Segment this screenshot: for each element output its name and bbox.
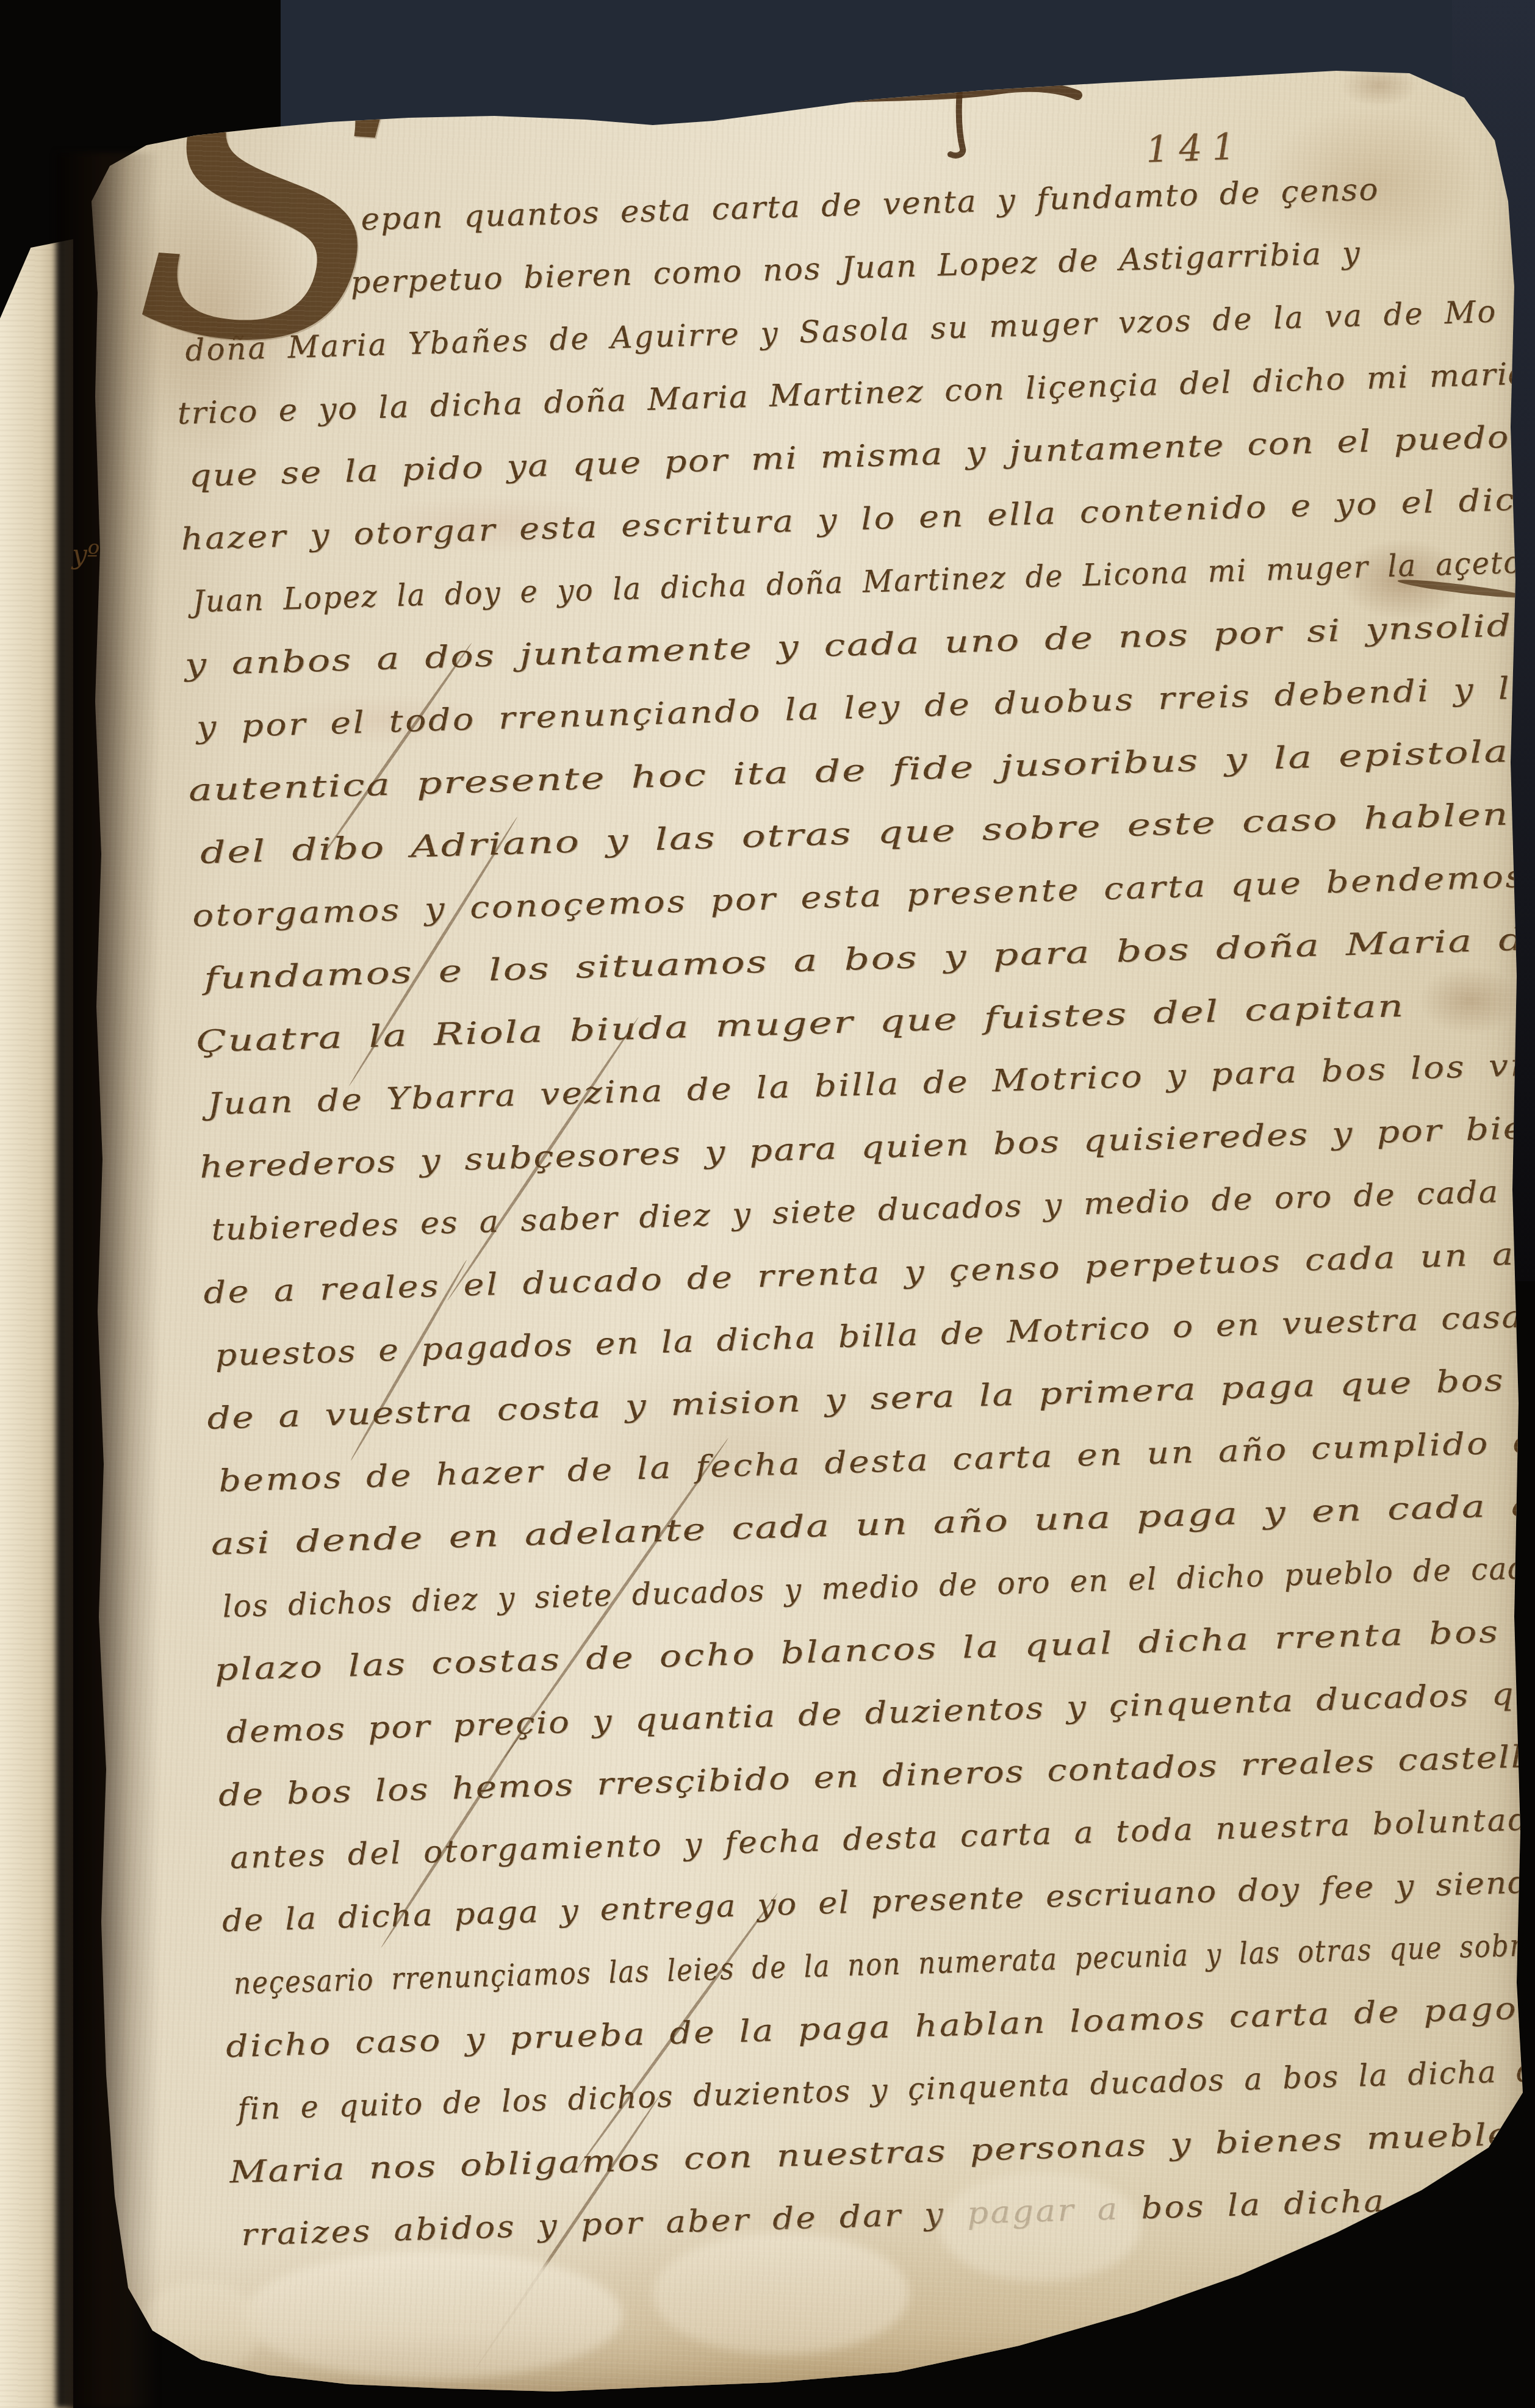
manuscript-page: 141 S epan quantos esta carta de venta y… [67, 0, 1535, 2408]
paper-damage-patch [140, 2282, 262, 2373]
margin-note: yº [72, 539, 100, 570]
manuscript-text: epan quantos esta carta de venta y funda… [171, 153, 1535, 2266]
photograph-background: 141 S epan quantos esta carta de venta y… [0, 0, 1535, 2408]
facing-page-edge [0, 239, 73, 2408]
paper-damage-patch [244, 2251, 622, 2379]
